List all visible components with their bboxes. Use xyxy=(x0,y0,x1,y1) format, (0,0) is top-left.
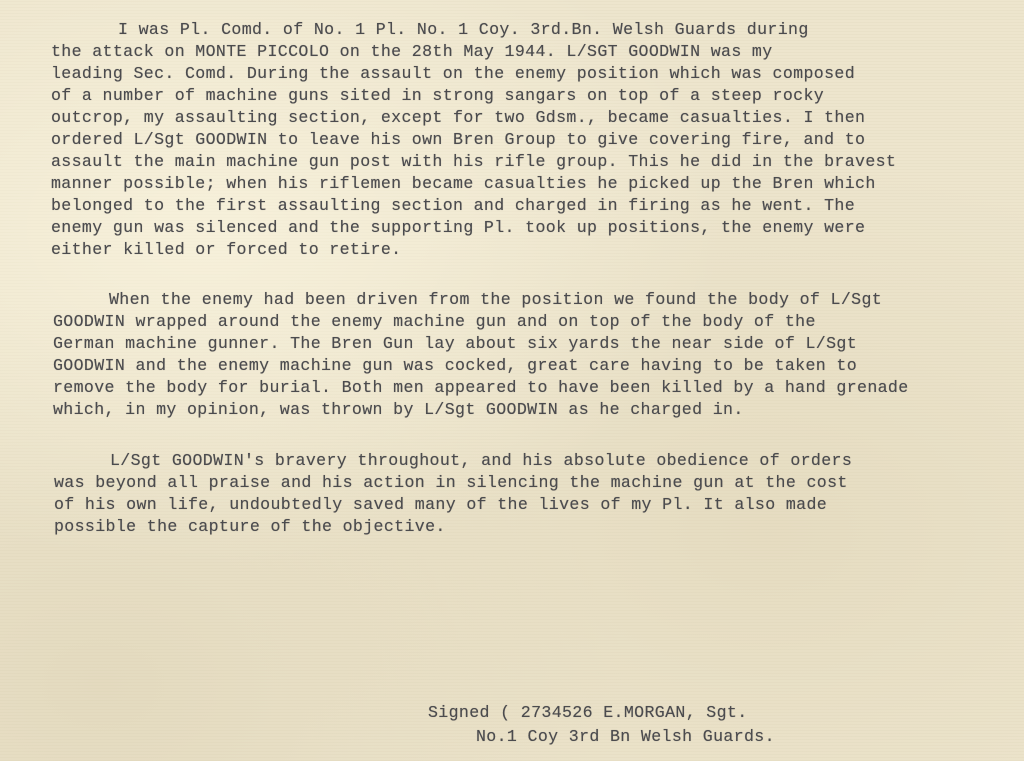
paragraph-3-line-4: possible the capture of the objective. xyxy=(54,517,446,537)
paragraph-2-line-3: German machine gunner. The Bren Gun lay … xyxy=(53,334,857,354)
paragraph-1-line-7: assault the main machine gun post with h… xyxy=(51,152,896,172)
paragraph-2-line-6: which, in my opinion, was thrown by L/Sg… xyxy=(53,400,744,420)
signature-unit-line: No.1 Coy 3rd Bn Welsh Guards. xyxy=(476,727,775,747)
paragraph-2-line-5: remove the body for burial. Both men app… xyxy=(53,378,909,398)
paragraph-1-line-5: outcrop, my assaulting section, except f… xyxy=(51,108,865,128)
signature-line: Signed ( 2734526 E.MORGAN, Sgt. xyxy=(428,703,748,723)
paragraph-2-line-1: When the enemy had been driven from the … xyxy=(109,290,882,310)
paragraph-1-line-1: I was Pl. Comd. of No. 1 Pl. No. 1 Coy. … xyxy=(118,20,809,40)
paragraph-1-line-11: either killed or forced to retire. xyxy=(51,240,401,260)
paragraph-3-line-2: was beyond all praise and his action in … xyxy=(54,473,848,493)
paragraph-1-line-2: the attack on MONTE PICCOLO on the 28th … xyxy=(51,42,773,62)
paragraph-3-line-1: L/Sgt GOODWIN's bravery throughout, and … xyxy=(110,451,852,471)
paragraph-1-line-10: enemy gun was silenced and the supportin… xyxy=(51,218,865,238)
paragraph-2-line-2: GOODWIN wrapped around the enemy machine… xyxy=(53,312,816,332)
paragraph-2-line-4: GOODWIN and the enemy machine gun was co… xyxy=(53,356,857,376)
paragraph-1-line-8: manner possible; when his riflemen becam… xyxy=(51,174,876,194)
paragraph-1-line-4: of a number of machine guns sited in str… xyxy=(51,86,824,106)
paragraph-1-line-9: belonged to the first assaulting section… xyxy=(51,196,855,216)
paragraph-1-line-6: ordered L/Sgt GOODWIN to leave his own B… xyxy=(51,130,865,150)
paragraph-3-line-3: of his own life, undoubtedly saved many … xyxy=(54,495,827,515)
typewritten-letter: I was Pl. Comd. of No. 1 Pl. No. 1 Coy. … xyxy=(0,0,1024,761)
paragraph-1-line-3: leading Sec. Comd. During the assault on… xyxy=(51,64,855,84)
